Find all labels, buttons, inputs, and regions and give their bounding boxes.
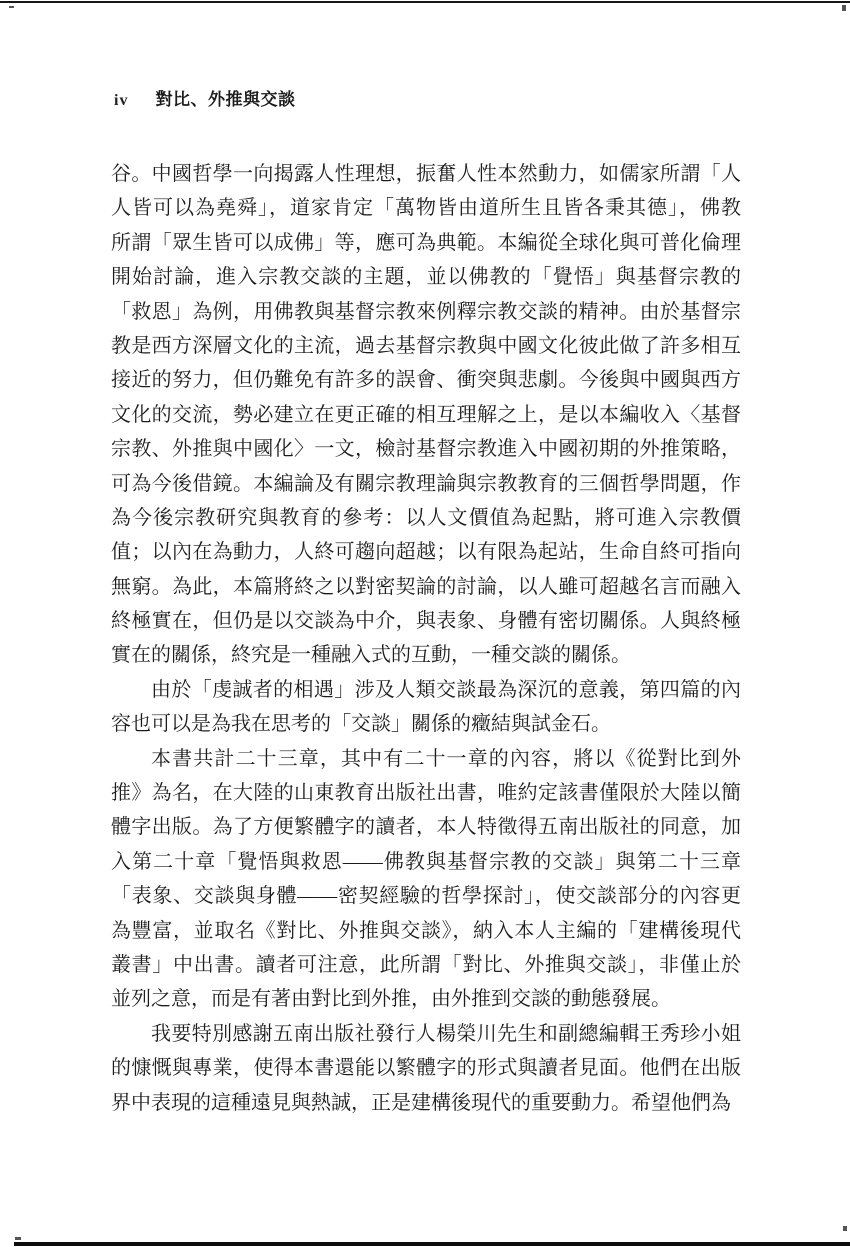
text-line: 可為今後借鏡。本編論及有關宗教理論與宗教教育的三個哲學問題，作 [111,467,741,501]
text-line: 值；以內在為動力，人終可趨向超越；以有限為起站，生命自終可指向 [111,535,741,569]
running-title: 對比、外推與交談 [155,85,295,110]
text-line: 文化的交流，勢必建立在更正確的相互理解之上，是以本編收入〈基督 [111,398,741,432]
page-body: 谷。中國哲學一向揭露人性理想，振奮人性本然動力，如儒家所謂「人人皆可以為堯舜」，… [111,157,741,1120]
text-line: 接近的努力，但仍難免有許多的誤會、衝突與悲劇。今後與中國與西方 [111,363,741,397]
text-line: 「救恩」為例，用佛教與基督宗教來例釋宗教交談的精神。由於基督宗 [111,295,741,329]
text-line: 人皆可以為堯舜」，道家肯定「萬物皆由道所生且皆各秉其德」，佛教 [111,191,741,225]
text-line: 容也可以是為我在思考的「交談」關係的癥結與試金石。 [111,707,741,741]
text-line: 體字出版。為了方便繁體字的讀者，本人特徵得五南出版社的同意，加 [111,810,741,844]
scan-mark-bottom-left [15,1237,21,1240]
text-line: 叢書」中出書。讀者可注意，此所謂「對比、外推與交談」，非僅止於 [111,948,741,982]
text-line: 為豐富，並取名《對比、外推與交談》，納入本人主編的「建構後現代 [111,914,741,948]
scan-mark-bottom-right [843,1226,847,1231]
text-line: 實在的關係，終究是一種融入式的互動，一種交談的關係。 [111,638,741,672]
text-line: 為今後宗教研究與教育的參考：以人文價值為起點，將可進入宗教價 [111,501,741,535]
scan-border-bottom [14,1242,850,1246]
page-number: iv [114,92,128,110]
scan-mark-top-left [9,6,14,8]
text-line: 並列之意，而是有著由對比到外推，由外推到交談的動態發展。 [111,982,741,1016]
page-header: iv 對比、外推與交談 [114,85,295,110]
text-line: 我要特別感謝五南出版社發行人楊榮川先生和副總編輯王秀珍小姐 [111,1017,741,1051]
scan-mark-top-right [842,5,846,11]
text-line: 教是西方深層文化的主流，過去基督宗教與中國文化彼此做了許多相互 [111,329,741,363]
text-line: 宗教、外推與中國化〉一文，檢討基督宗教進入中國初期的外推策略， [111,432,741,466]
text-line: 由於「虔誠者的相遇」涉及人類交談最為深沉的意義，第四篇的內 [111,673,741,707]
text-line: 的慷慨與專業，使得本書還能以繁體字的形式與讀者見面。他們在出版 [111,1051,741,1085]
text-line: 推》為名，在大陸的山東教育出版社出書，唯約定該書僅限於大陸以簡 [111,776,741,810]
text-line: 界中表現的這種遠見與熱誠，正是建構後現代的重要動力。希望他們為 [111,1086,741,1120]
text-line: 「表象、交談與身體——密契經驗的哲學探討」，使交談部分的內容更 [111,879,741,913]
text-line: 終極實在，但仍是以交談為中介，與表象、身體有密切關係。人與終極 [111,604,741,638]
scan-border-top [0,1,850,3]
text-line: 谷。中國哲學一向揭露人性理想，振奮人性本然動力，如儒家所謂「人 [111,157,741,191]
text-line: 所謂「眾生皆可以成佛」等，應可為典範。本編從全球化與可普化倫理 [111,226,741,260]
text-line: 本書共計二十三章，其中有二十一章的內容，將以《從對比到外 [111,742,741,776]
book-page-scan: iv 對比、外推與交談 谷。中國哲學一向揭露人性理想，振奮人性本然動力，如儒家所… [0,0,850,1247]
text-line: 入第二十章「覺悟與救恩——佛教與基督宗教的交談」與第二十三章 [111,845,741,879]
text-line: 無窮。為此，本篇將終之以對密契論的討論，以人雖可超越名言而融入 [111,570,741,604]
text-line: 開始討論，進入宗教交談的主題，並以佛教的「覺悟」與基督宗教的 [111,260,741,294]
